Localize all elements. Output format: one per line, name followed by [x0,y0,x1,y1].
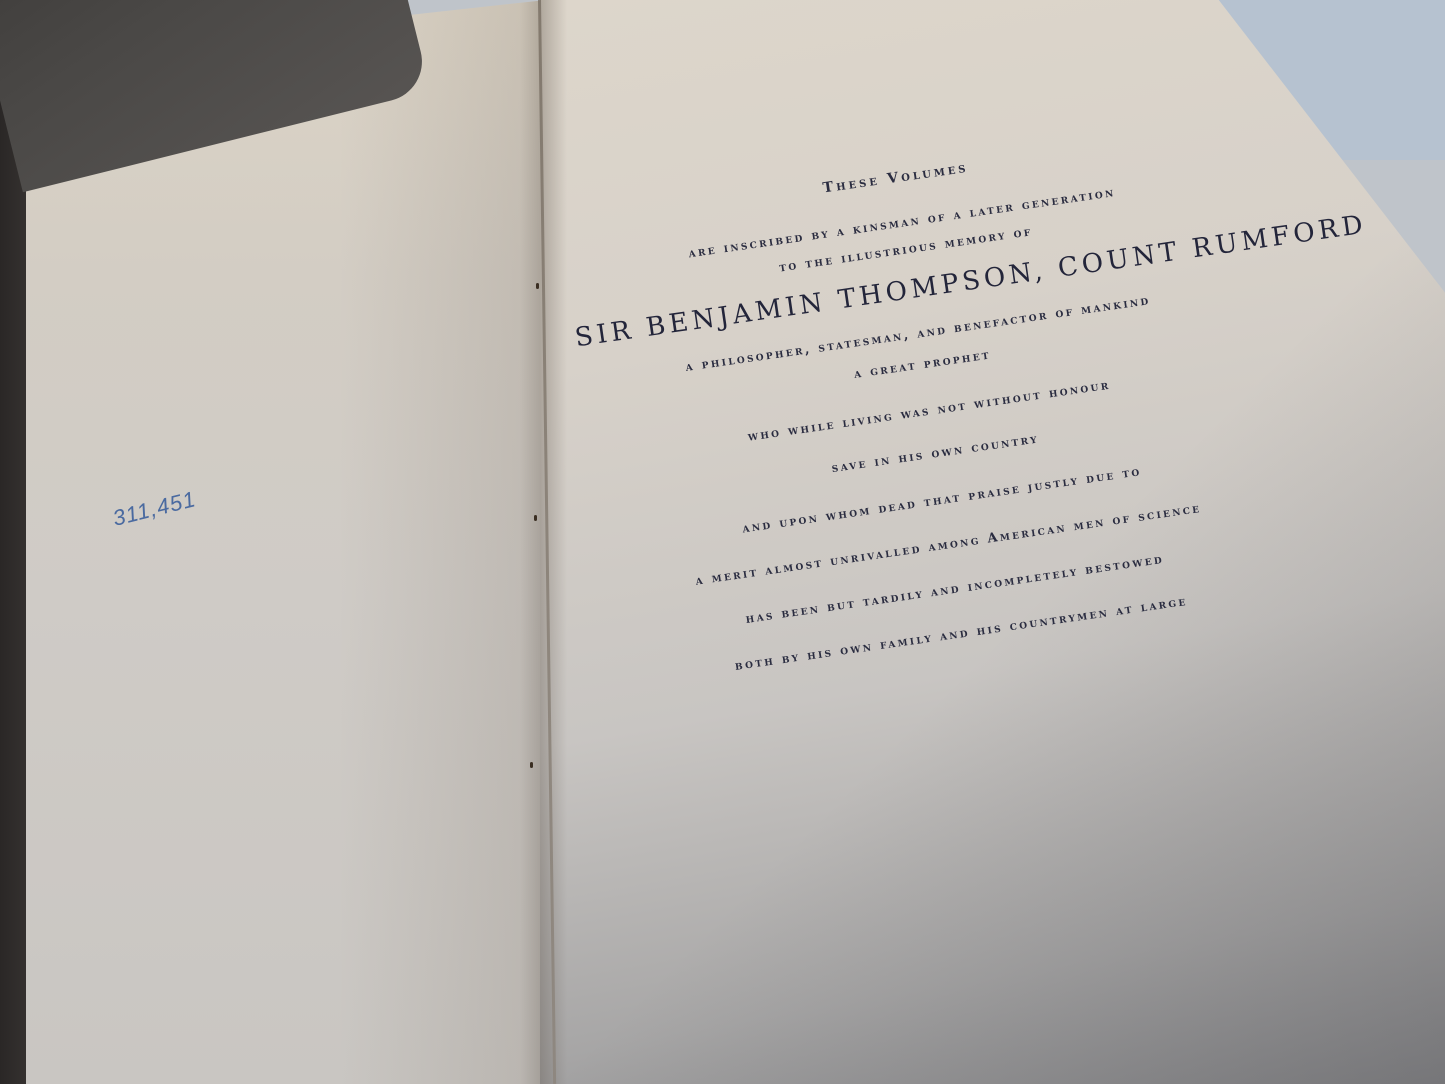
binding-stitch [534,515,537,521]
binding-stitch [536,283,539,289]
dedication-block: These Volumes are inscribed by a kinsman… [551,74,1299,690]
binding-stitch [530,762,533,768]
book-photo: 311,451 These Volumes are inscribed by a… [0,0,1445,1084]
